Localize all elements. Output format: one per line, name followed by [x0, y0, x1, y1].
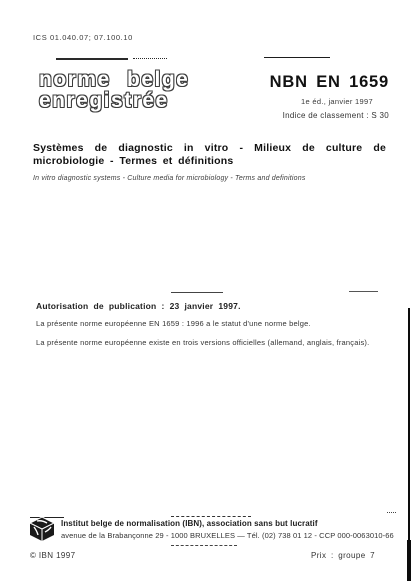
footer-rule-middle: [171, 516, 251, 517]
institute-name-line: Institut belge de normalisation (IBN), a…: [61, 519, 318, 528]
logotype-line-2: enregistrée: [39, 90, 189, 111]
logotype-line-1: norme belge: [39, 69, 189, 90]
authorization-line: Autorisation de publication : 23 janvier…: [36, 301, 241, 311]
ibn-cube-logo-icon: [29, 516, 55, 542]
classification-index: Indice de classement : S 30: [283, 111, 389, 120]
header-rule-left: [56, 58, 128, 60]
footer-rule-dots: [387, 512, 396, 513]
price-group: Prix : groupe 7: [311, 551, 375, 560]
scan-artifact-rule: [349, 291, 378, 292]
footer-rule-under-address: [171, 545, 237, 546]
document-number: NBN EN 1659: [270, 73, 389, 92]
registered-standard-logotype: norme belge enregistrée: [39, 69, 189, 111]
scan-artifact-rule: [171, 292, 223, 293]
institute-address-line: avenue de la Brabançonne 29 - 1000 BRUXE…: [61, 531, 394, 540]
title-french: Systèmes de diagnostic in vitro - Milieu…: [33, 142, 386, 167]
edition-date: 1e éd., janvier 1997: [281, 97, 393, 106]
scan-artifact-edge-bar-thick: [407, 540, 411, 581]
standard-cover-page: ICS 01.040.07; 07.100.10 norme belge enr…: [0, 0, 413, 581]
versions-line: La présente norme européenne existe en t…: [36, 338, 369, 347]
header-rule-right: [264, 57, 330, 58]
status-line: La présente norme européenne EN 1659 : 1…: [36, 319, 311, 328]
copyright-line: © IBN 1997: [30, 551, 75, 560]
ics-codes: ICS 01.040.07; 07.100.10: [33, 33, 133, 42]
title-english: In vitro diagnostic systems - Culture me…: [33, 175, 386, 182]
header-rule-left-dotted: [133, 58, 167, 59]
